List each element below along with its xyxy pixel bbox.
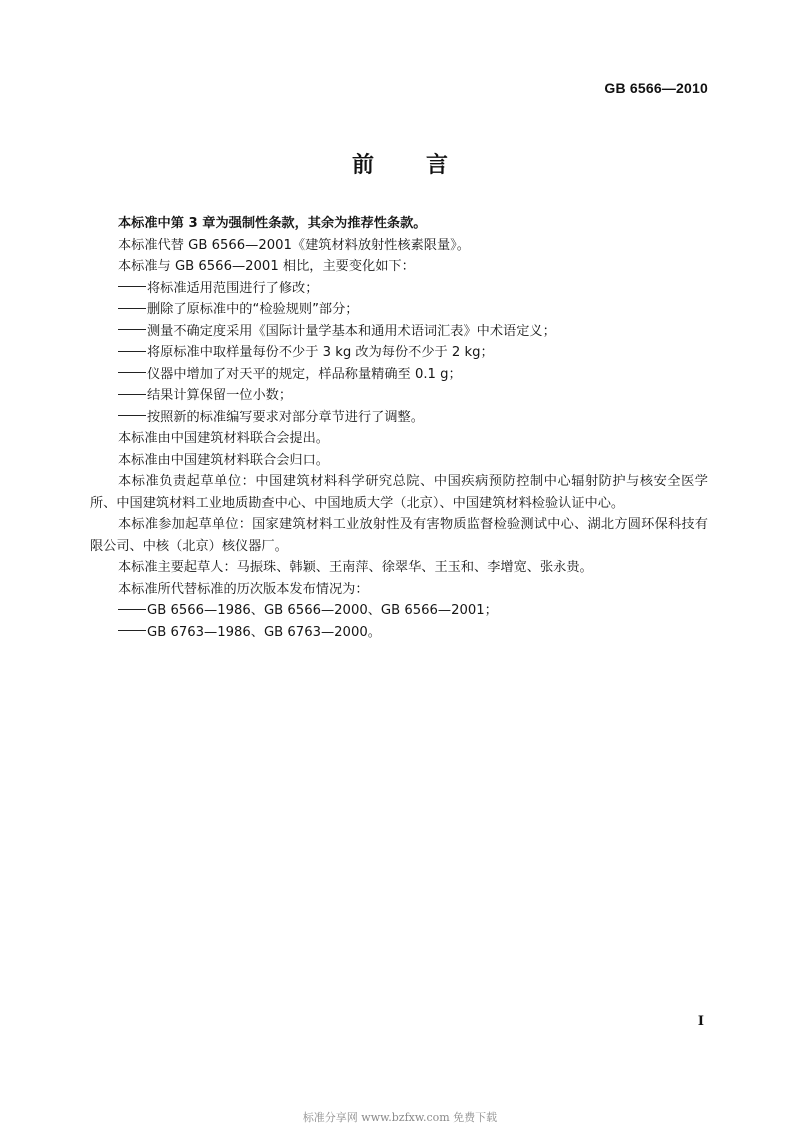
paragraph-history-intro: 本标准所代替标准的历次版本发布情况为： <box>90 579 708 601</box>
paragraph-drafting-units: 本标准负责起草单位：中国建筑材料科学研究总院、中国疾病预防控制中心辐射防护与核安… <box>90 471 708 514</box>
dash-mark <box>118 630 146 631</box>
change-item-text: 按照新的标准编写要求对部分章节进行了调整。 <box>147 410 424 425</box>
change-item: 仪器中增加了对天平的规定，样品称量精确至 0.1 g； <box>90 364 708 386</box>
dash-mark <box>118 372 146 373</box>
paragraph-replaces: 本标准代替 GB 6566—2001《建筑材料放射性核素限量》。 <box>90 235 708 257</box>
change-item-text: 将原标准中取样量每份不少于 3 kg 改为每份不少于 2 kg； <box>147 345 494 360</box>
history-item-text: GB 6566—1986、GB 6566—2000、GB 6566—2001； <box>147 603 498 618</box>
change-item-text: 测量不确定度采用《国际计量学基本和通用术语词汇表》中术语定义； <box>147 324 556 339</box>
paragraph-proposed-by: 本标准由中国建筑材料联合会提出。 <box>90 428 708 450</box>
change-item: 将原标准中取样量每份不少于 3 kg 改为每份不少于 2 kg； <box>90 342 708 364</box>
standard-code: GB 6566—2010 <box>604 80 708 96</box>
dash-mark <box>118 329 146 330</box>
document-page: GB 6566—2010 前言 本标准中第 3 章为强制性条款，其余为推荐性条款… <box>0 0 800 1131</box>
title-char-2: 言 <box>426 148 448 179</box>
dash-mark <box>118 415 146 416</box>
change-item: 将标准适用范围进行了修改； <box>90 278 708 300</box>
change-item: 删除了原标准中的“检验规则”部分； <box>90 299 708 321</box>
dash-mark <box>118 609 146 610</box>
history-item: GB 6763—1986、GB 6763—2000。 <box>90 622 708 644</box>
paragraph-participating-units: 本标准参加起草单位：国家建筑材料工业放射性及有害物质监督检验测试中心、湖北方圆环… <box>90 514 708 557</box>
paragraph-drafters: 本标准主要起草人：马振珠、韩颖、王南萍、徐翠华、王玉和、李增宽、张永贵。 <box>90 557 708 579</box>
foreword-body: 本标准中第 3 章为强制性条款，其余为推荐性条款。 本标准代替 GB 6566—… <box>90 213 708 643</box>
page-title: 前言 <box>0 148 800 179</box>
change-item-text: 仪器中增加了对天平的规定，样品称量精确至 0.1 g； <box>147 367 462 382</box>
dash-mark <box>118 286 146 287</box>
change-item: 结果计算保留一位小数； <box>90 385 708 407</box>
title-char-1: 前 <box>352 148 374 179</box>
change-item-text: 结果计算保留一位小数； <box>147 388 292 403</box>
paragraph-centralized-by: 本标准由中国建筑材料联合会归口。 <box>90 450 708 472</box>
change-item: 测量不确定度采用《国际计量学基本和通用术语词汇表》中术语定义； <box>90 321 708 343</box>
history-item: GB 6566—1986、GB 6566—2000、GB 6566—2001； <box>90 600 708 622</box>
page-number: I <box>698 1014 704 1029</box>
dash-mark <box>118 308 146 309</box>
watermark-text: 标准分享网 www.bzfxw.com 免费下载 <box>0 1109 800 1125</box>
history-item-text: GB 6763—1986、GB 6763—2000。 <box>147 625 381 640</box>
paragraph-mandatory-clause: 本标准中第 3 章为强制性条款，其余为推荐性条款。 <box>90 213 708 235</box>
change-item-text: 将标准适用范围进行了修改； <box>147 281 318 296</box>
change-item: 按照新的标准编写要求对部分章节进行了调整。 <box>90 407 708 429</box>
dash-mark <box>118 394 146 395</box>
dash-mark <box>118 351 146 352</box>
change-item-text: 删除了原标准中的“检验规则”部分； <box>147 302 358 317</box>
paragraph-changes-intro: 本标准与 GB 6566—2001 相比，主要变化如下： <box>90 256 708 278</box>
